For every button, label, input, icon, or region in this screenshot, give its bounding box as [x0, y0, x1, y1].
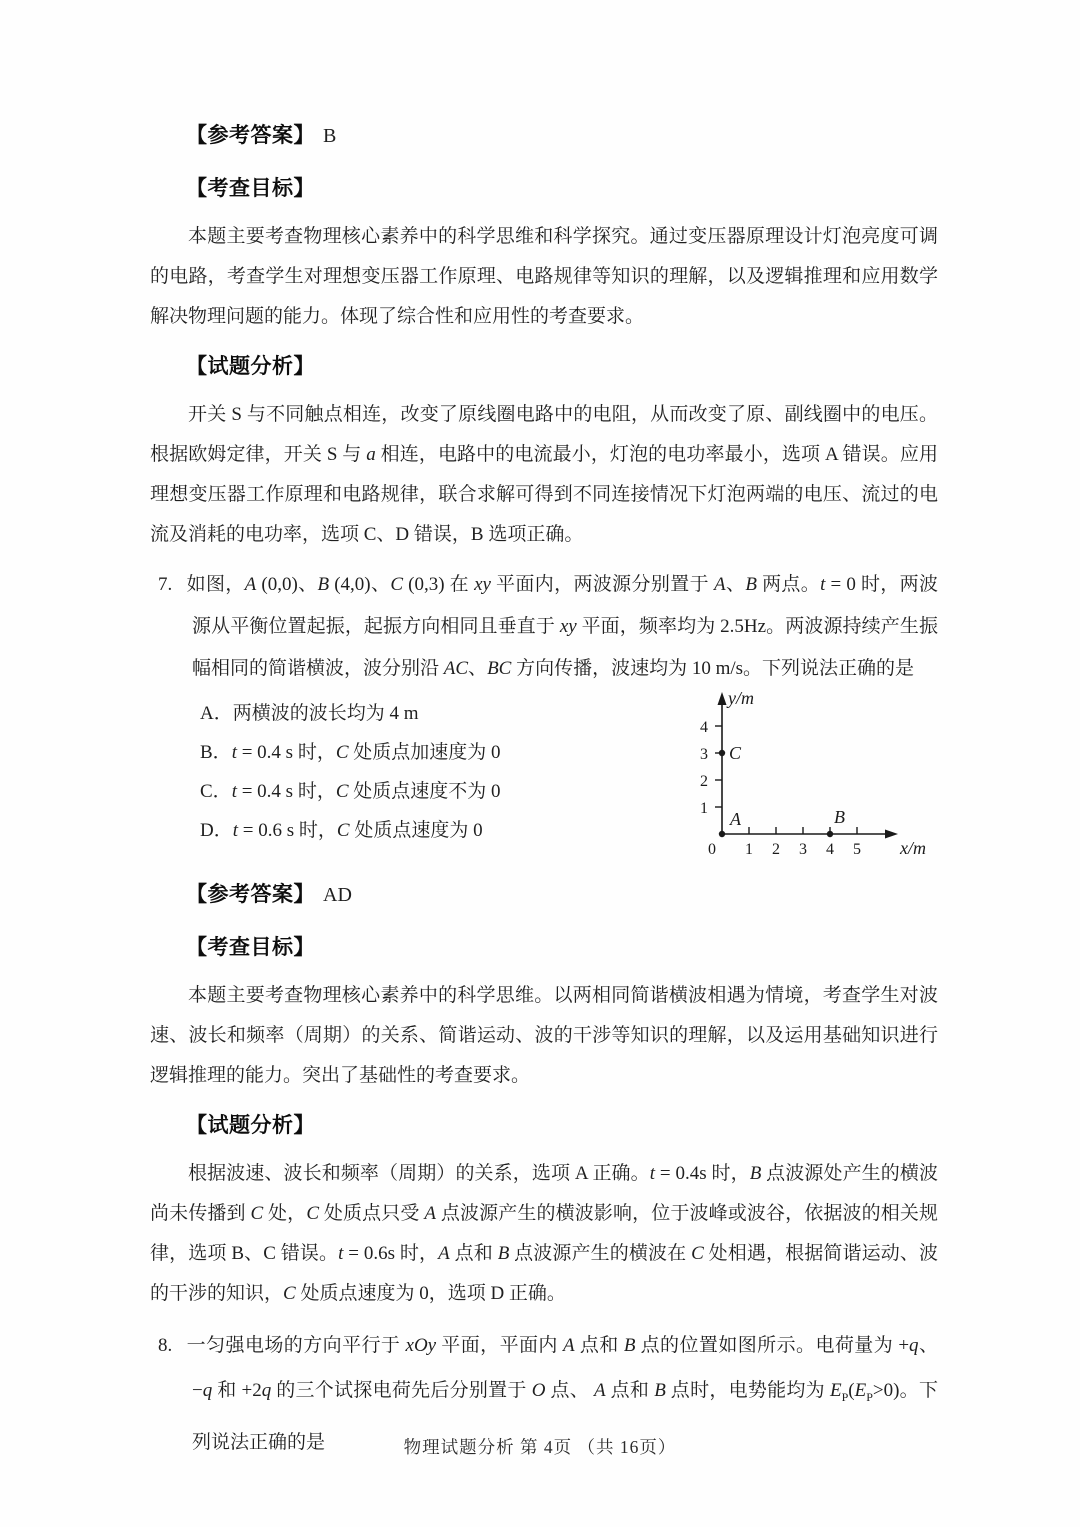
- q7-options: A．两横波的波长均为 4 m B．t = 0.4 s 时，C 处质点加速度为 0…: [150, 694, 676, 850]
- y-tick-label-2: 2: [700, 773, 708, 790]
- x-tick-label-3: 3: [799, 841, 807, 858]
- q7-option-c: C．t = 0.4 s 时，C 处质点速度不为 0: [200, 772, 676, 811]
- y-axis-arrow-icon: [718, 692, 727, 705]
- y-tick-label-3: 3: [700, 746, 708, 763]
- page-content: 【参考答案】B 【考查目标】 本题主要考查物理核心素养中的科学思维和科学探究。通…: [150, 116, 938, 1467]
- question-7: 7.如图，A (0,0)、B (4,0)、C (0,3) 在 xy 平面内，两波…: [150, 564, 938, 875]
- q6-answer-label: 【参考答案】: [186, 124, 315, 147]
- q6-answer-line: 【参考答案】B: [186, 116, 938, 156]
- y-axis-label: y/m: [726, 688, 754, 708]
- q6-objective-text: 本题主要考查物理核心素养中的科学思维和科学探究。通过变压器原理设计灯泡亮度可调的…: [150, 217, 938, 337]
- q6-answer-value: B: [323, 125, 336, 147]
- point-A-label: A: [729, 809, 742, 829]
- origin-label: 0: [708, 841, 716, 858]
- x-tick-label-4: 4: [826, 841, 834, 858]
- q7-analysis-header: 【试题分析】: [186, 1105, 938, 1146]
- x-axis-arrow-icon: [885, 830, 898, 839]
- q7-answer-value: AD: [323, 884, 352, 906]
- x-tick-label-2: 2: [772, 841, 780, 858]
- q7-options-and-diagram: A．两横波的波长均为 4 m B．t = 0.4 s 时，C 处质点加速度为 0…: [150, 692, 938, 875]
- q7-answer-label: 【参考答案】: [186, 883, 315, 906]
- q7-objective-header: 【考查目标】: [186, 927, 938, 968]
- point-A-dot: [719, 831, 725, 837]
- q7-objective-text: 本题主要考查物理核心素养中的科学思维。以两相同简谐横波相遇为情境，考查学生对波速…: [150, 976, 938, 1096]
- x-tick-label-1: 1: [745, 841, 753, 858]
- q7-stem-text: 如图，A (0,0)、B (4,0)、C (0,3) 在 xy 平面内，两波源分…: [186, 574, 938, 679]
- point-C-dot: [719, 750, 725, 756]
- x-axis-label: x/m: [899, 838, 926, 858]
- q7-option-d: D．t = 0.6 s 时，C 处质点速度为 0: [200, 811, 676, 850]
- q7-answer-line: 【参考答案】AD: [186, 875, 938, 915]
- coordinate-diagram: 1 2 3 4 0 1 2 3 4 5 y/m x/m: [676, 684, 938, 870]
- q6-objective-header: 【考查目标】: [186, 168, 938, 209]
- y-tick-label-1: 1: [700, 800, 708, 817]
- q7-option-b: B．t = 0.4 s 时，C 处质点加速度为 0: [200, 733, 676, 772]
- point-B-dot: [827, 831, 833, 837]
- document-page: 【参考答案】B 【考查目标】 本题主要考查物理核心素养中的科学思维和科学探究。通…: [0, 0, 1080, 1527]
- q8-number: 8.: [158, 1335, 172, 1356]
- q7-option-a: A．两横波的波长均为 4 m: [200, 694, 676, 733]
- q7-stem: 7.如图，A (0,0)、B (4,0)、C (0,3) 在 xy 平面内，两波…: [150, 564, 938, 690]
- point-B-label: B: [834, 807, 845, 827]
- point-C-label: C: [729, 743, 742, 763]
- q7-analysis-text: 根据波速、波长和频率（周期）的关系，选项 A 正确。t = 0.4s 时，B 点…: [150, 1154, 938, 1314]
- q6-analysis-text: 开关 S 与不同触点相连，改变了原线圈电路中的电阻，从而改变了原、副线圈中的电压…: [150, 395, 938, 555]
- x-tick-label-5: 5: [853, 841, 861, 858]
- q6-analysis-header: 【试题分析】: [186, 346, 938, 387]
- q7-diagram-wrap: 1 2 3 4 0 1 2 3 4 5 y/m x/m: [676, 684, 938, 875]
- page-footer: 物理试题分析 第 4页 （共 16页）: [0, 1434, 1080, 1459]
- q7-number: 7.: [158, 574, 172, 595]
- y-tick-label-4: 4: [700, 719, 708, 736]
